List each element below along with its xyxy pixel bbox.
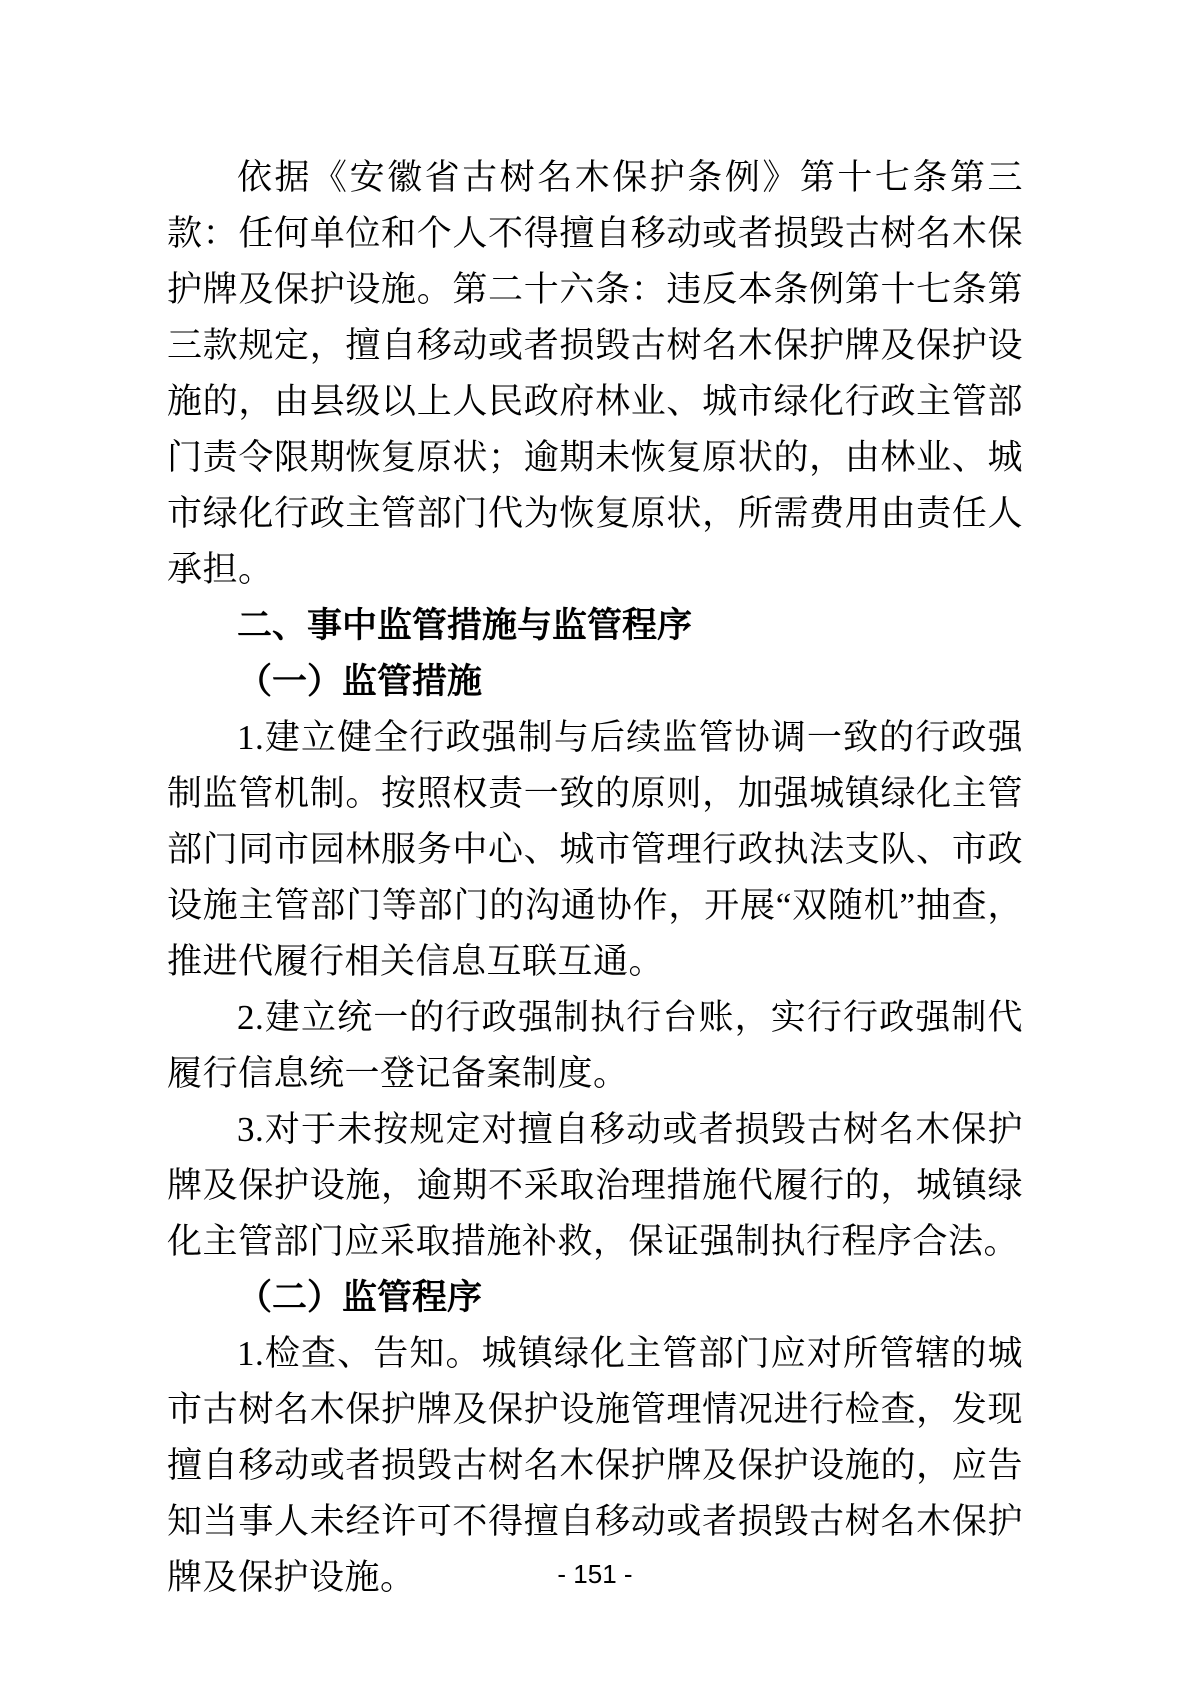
page-number: - 151 -	[0, 1556, 1190, 1592]
section-heading-in-process-supervision: 二、事中监管措施与监管程序	[167, 598, 1023, 654]
subsection-heading-supervision-measures: （一）监管措施	[167, 654, 1023, 710]
numbered-paragraph-3-remedial-measures: 3.对于未按规定对擅自移动或者损毁古树名木保护牌及保护设施，逾期不采取治理措施代…	[167, 1102, 1023, 1270]
numbered-paragraph-2-unified-ledger: 2.建立统一的行政强制执行台账，实行行政强制代履行信息统一登记备案制度。	[167, 990, 1023, 1102]
document-page: 依据《安徽省古树名木保护条例》第十七条第三款：任何单位和个人不得擅自移动或者损毁…	[0, 0, 1190, 1683]
numbered-paragraph-1-coordination-mechanism: 1.建立健全行政强制与后续监管协调一致的行政强制监管机制。按照权责一致的原则，加…	[167, 710, 1023, 990]
subsection-heading-supervision-procedure: （二）监管程序	[167, 1270, 1023, 1326]
document-body: 依据《安徽省古树名木保护条例》第十七条第三款：任何单位和个人不得擅自移动或者损毁…	[167, 150, 1023, 1606]
paragraph-legal-basis: 依据《安徽省古树名木保护条例》第十七条第三款：任何单位和个人不得擅自移动或者损毁…	[167, 150, 1023, 598]
